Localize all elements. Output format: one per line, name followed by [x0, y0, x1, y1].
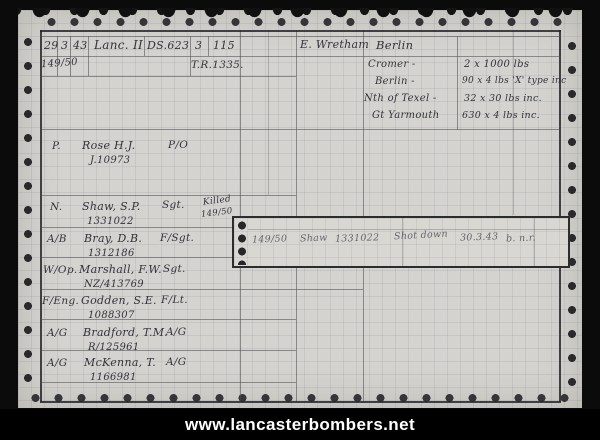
crew-position: A/G [47, 328, 67, 339]
bomb-log-load: 630 x 4 lbs inc. [462, 111, 540, 121]
grid-line [144, 36, 145, 56]
crew-position: A/B [47, 234, 67, 245]
overlay-tail: b. n.r. [506, 233, 536, 244]
grid-line [40, 30, 561, 32]
bomb-log-point: Cromer - [368, 60, 416, 70]
loss-record-overlay-strip: 149/50 Shaw 1331022 Shot down 30.3.43 b.… [232, 216, 570, 268]
crew-rank: P/O [168, 140, 188, 151]
website-url: www.lancasterbombers.net [185, 415, 415, 435]
crew-position: P. [52, 141, 61, 152]
crew-rank: Sgt. [162, 200, 185, 211]
crew-rank: A/G [166, 327, 186, 338]
website-banner: www.lancasterbombers.net [0, 409, 600, 440]
crew-number: 1312186 [88, 249, 135, 259]
punch-hole-dots-strip [236, 219, 248, 265]
grid-line [40, 382, 296, 383]
grid-line [40, 319, 296, 320]
crew-name: Rose H.J. [82, 140, 135, 151]
bomb-log-point: Gt Yarmouth [372, 111, 439, 121]
punch-hole-dots-right [566, 34, 578, 390]
base-name: E. Wretham [300, 39, 369, 50]
crew-name: Shaw, S.P. [82, 201, 141, 212]
crew-number: NZ/413769 [84, 280, 144, 290]
overlay-date: 30.3.43 [460, 232, 499, 243]
target-name: Berlin [376, 40, 413, 52]
bomb-log-load: 90 x 4 lbs 'X' type inc [462, 77, 566, 86]
scanned-record-card-photo: 29 3 43 Lanc. II DS.623 3 115 E. Wretham… [0, 0, 600, 440]
flight-number: 3 [195, 40, 202, 51]
overlay-ref: 149/50 [252, 234, 288, 245]
punch-hole-dots-left [22, 30, 34, 390]
grid-line [40, 350, 296, 351]
bomb-log-load: 2 x 1000 lbs [464, 60, 529, 70]
crew-position: W/Op. [43, 265, 78, 276]
crew-rank: F/Lt. [161, 295, 188, 306]
crew-number: J.10973 [90, 156, 130, 166]
crew-name: McKenna, T. [84, 357, 156, 368]
date-year: 43 [73, 40, 88, 51]
grid-line [40, 30, 42, 402]
crew-rank: F/Sgt. [160, 233, 194, 244]
grid-line [268, 30, 269, 195]
overlay-note: Shot down [394, 230, 448, 242]
aircraft-type: Lanc. II [94, 39, 143, 51]
crew-rank: Sgt. [163, 264, 186, 275]
crew-position: N. [50, 202, 62, 213]
grid-line [208, 36, 209, 56]
crew-number: R/125961 [88, 343, 139, 353]
bomb-log-point: Nth of Texel - [364, 94, 437, 104]
crew-number: 1166981 [90, 373, 137, 383]
grid-line [40, 36, 561, 37]
crew-name: Godden, S.E. [81, 295, 157, 306]
crew-position: A/G [47, 358, 67, 369]
aircraft-serial: DS.623 [147, 40, 189, 51]
bomb-log-point: Berlin - [375, 77, 415, 87]
punch-hole-dots-top [40, 16, 576, 28]
date-day: 29 [44, 40, 59, 51]
crew-rank: A/G [166, 357, 186, 368]
crew-name: Bradford, T.M. [83, 327, 168, 338]
overlay-number: 1331022 [335, 233, 380, 244]
bomb-log-load: 32 x 30 lbs inc. [464, 94, 542, 104]
overlay-name: Shaw [300, 234, 328, 244]
grid-line [40, 401, 561, 403]
grid-line [40, 76, 296, 77]
crew-name: Marshall, F.W. [79, 264, 162, 275]
crew-number: 1331022 [87, 217, 134, 227]
grid-line [40, 129, 561, 130]
grid-line [40, 56, 561, 57]
crew-position: F/Eng. [42, 296, 79, 307]
crew-number: 1088307 [88, 311, 135, 321]
grid-line [402, 218, 403, 266]
grid-line [40, 195, 296, 196]
grid-line [513, 30, 514, 215]
crew-name: Bray, D.B. [84, 233, 142, 244]
radio-set: T.R.1335. [191, 60, 244, 71]
grid-line [457, 36, 458, 130]
date-month: 3 [61, 40, 68, 51]
squadron-number: 115 [213, 40, 235, 51]
